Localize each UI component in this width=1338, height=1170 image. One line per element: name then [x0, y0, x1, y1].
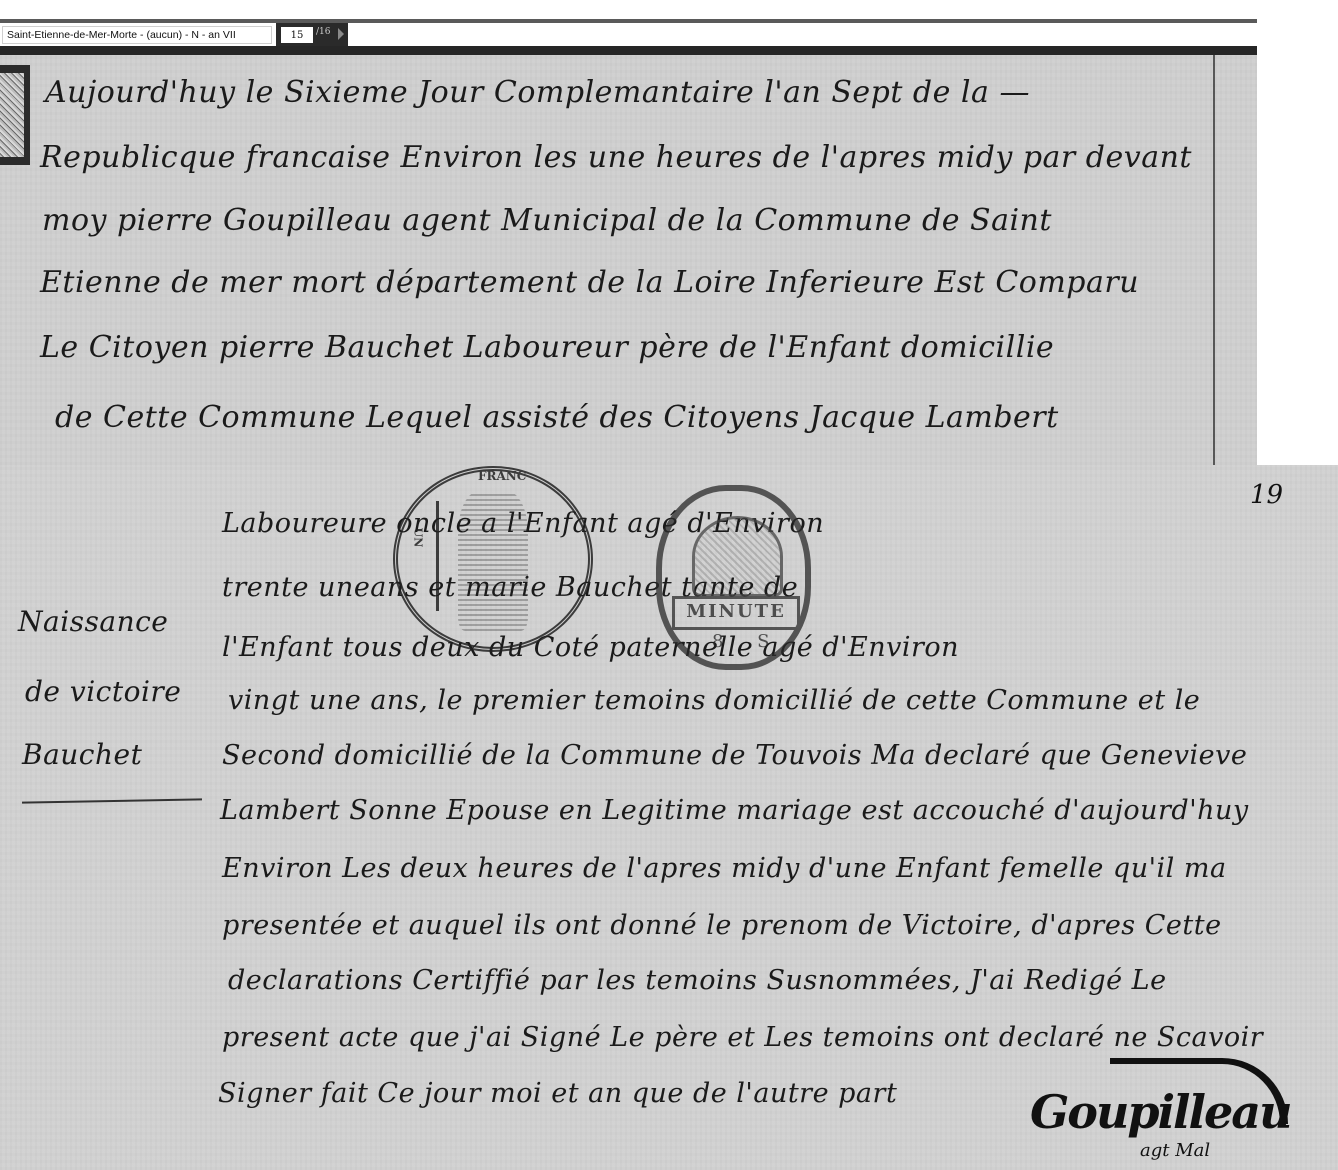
margin-note-line: Bauchet — [22, 738, 142, 771]
signature: Goupilleau — [1030, 1085, 1291, 1139]
stamp-minute-label: MINUTE — [672, 596, 800, 630]
handwritten-line: l'Enfant tous deux du Coté paternelle ag… — [222, 632, 959, 663]
viewer-toolbar-bottom-border — [0, 46, 1257, 55]
document-title: Saint-Etienne-de-Mer-Morte - (aucun) - N… — [2, 26, 272, 44]
viewer-toolbar: Saint-Etienne-de-Mer-Morte - (aucun) - N… — [0, 23, 1257, 46]
page-navigator: /16 — [276, 23, 348, 46]
handwritten-line: Etienne de mer mort département de la Lo… — [40, 265, 1139, 300]
marianne-figure-icon — [458, 491, 528, 631]
handwritten-line: presentée et auquel ils ont donné le pre… — [222, 910, 1222, 941]
margin-rule — [1213, 55, 1215, 465]
next-page-icon[interactable] — [338, 28, 344, 40]
signature-title: agt Mal — [1140, 1140, 1210, 1161]
handwritten-line: Lambert Sonne Epouse en Legitime mariage… — [220, 795, 1249, 826]
republic-seal-stamp: FRANC UN — [393, 466, 593, 652]
handwritten-line: Environ Les deux heures de l'apres midy … — [222, 853, 1227, 884]
handwritten-line: vingt une ans, le premier temoins domici… — [228, 685, 1200, 716]
handwritten-line: Signer fait Ce jour moi et an que de l'a… — [218, 1078, 897, 1109]
handwritten-line: Second domicillié de la Commune de Touvo… — [222, 740, 1247, 771]
minute-stamp: MINUTE 8 S — [656, 485, 811, 670]
handwritten-line: Le Citoyen pierre Bauchet Laboureur père… — [40, 330, 1054, 365]
handwritten-line: moy pierre Goupilleau agent Municipal de… — [42, 203, 1052, 238]
handwritten-line: Republicque francaise Environ les une he… — [40, 140, 1192, 175]
margin-note-line: de victoire — [25, 675, 181, 708]
document-image-top: Aujourd'huy le Sixieme Jour Complemantai… — [0, 55, 1257, 465]
handwritten-line: present acte que j'ai Signé Le père et L… — [222, 1022, 1263, 1053]
handwritten-line: declarations Certiffié par les temoins S… — [228, 965, 1167, 996]
page-thumbnail-icon — [0, 73, 24, 157]
stamp-number: 8 S — [712, 631, 784, 652]
crest-icon — [692, 516, 783, 597]
stamp-text: FRANC — [478, 469, 526, 483]
page-thumbnail[interactable] — [0, 65, 30, 165]
handwritten-line: de Cette Commune Lequel assisté des Cito… — [55, 400, 1059, 435]
spear-icon — [436, 501, 439, 611]
stamp-side-text: UN — [411, 528, 424, 548]
handwritten-line: Aujourd'huy le Sixieme Jour Complemantai… — [45, 75, 1030, 110]
folio-number: 19 — [1250, 480, 1283, 510]
page-total-label: /16 — [316, 27, 330, 37]
margin-note-line: Naissance — [18, 605, 168, 638]
page-number-input[interactable] — [281, 27, 313, 43]
